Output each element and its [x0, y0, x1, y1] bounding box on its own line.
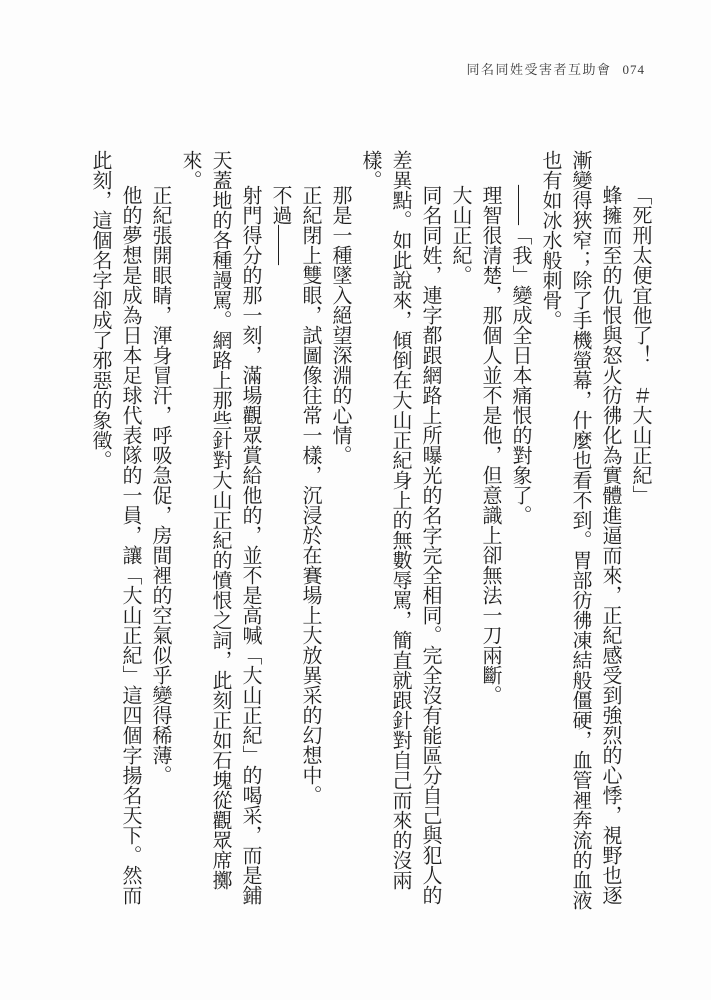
paragraph: 同名同姓，連字都跟網路上所曝光的名字完全相同。完全沒有能區分自己與犯人的差異點。…: [355, 150, 445, 918]
book-page: 同名同姓受害者互助會074 「死刑太便宜他了！ ＃大山正紀」蜂擁而至的仇恨與怒火…: [0, 0, 711, 1000]
paragraph: 理智很清楚，那個人並不是他，但意識上卻無法一刀兩斷。: [475, 150, 505, 918]
paragraph: 大山正紀。: [445, 150, 475, 918]
paragraph: 蜂擁而至的仇恨與怒火彷彿化為實體進逼而來，正紀感受到強烈的心悸，視野也逐漸變得狹…: [535, 150, 625, 918]
running-head: 同名同姓受害者互助會074: [466, 59, 645, 78]
page-number: 074: [623, 62, 646, 77]
paragraph: 不過——: [265, 150, 295, 918]
paragraph: 正紀閉上雙眼，試圖像往常一樣，沉浸於在賽場上大放異采的幻想中。: [295, 150, 325, 918]
body-text: 「死刑太便宜他了！ ＃大山正紀」蜂擁而至的仇恨與怒火彷彿化為實體進逼而來，正紀感…: [85, 150, 655, 918]
paragraph: 那是一種墜入絕望深淵的心情。: [325, 150, 355, 918]
paragraph: 「死刑太便宜他了！ ＃大山正紀」: [625, 150, 655, 918]
paragraph: 射門得分的那一刻，滿場觀眾賞給他的，並不是高喊「大山正紀」的喝采，而是鋪天蓋地的…: [175, 150, 265, 918]
running-title: 同名同姓受害者互助會: [466, 62, 611, 77]
paragraph: 正紀張開眼睛，渾身冒汗，呼吸急促，房間裡的空氣似乎變得稀薄。: [145, 150, 175, 918]
paragraph: 他的夢想是成為日本足球代表隊的一員，讓「大山正紀」這四個字揚名天下。然而此刻，這…: [85, 150, 145, 918]
paragraph: ——「我」變成全日本痛恨的對象了。: [505, 150, 535, 918]
